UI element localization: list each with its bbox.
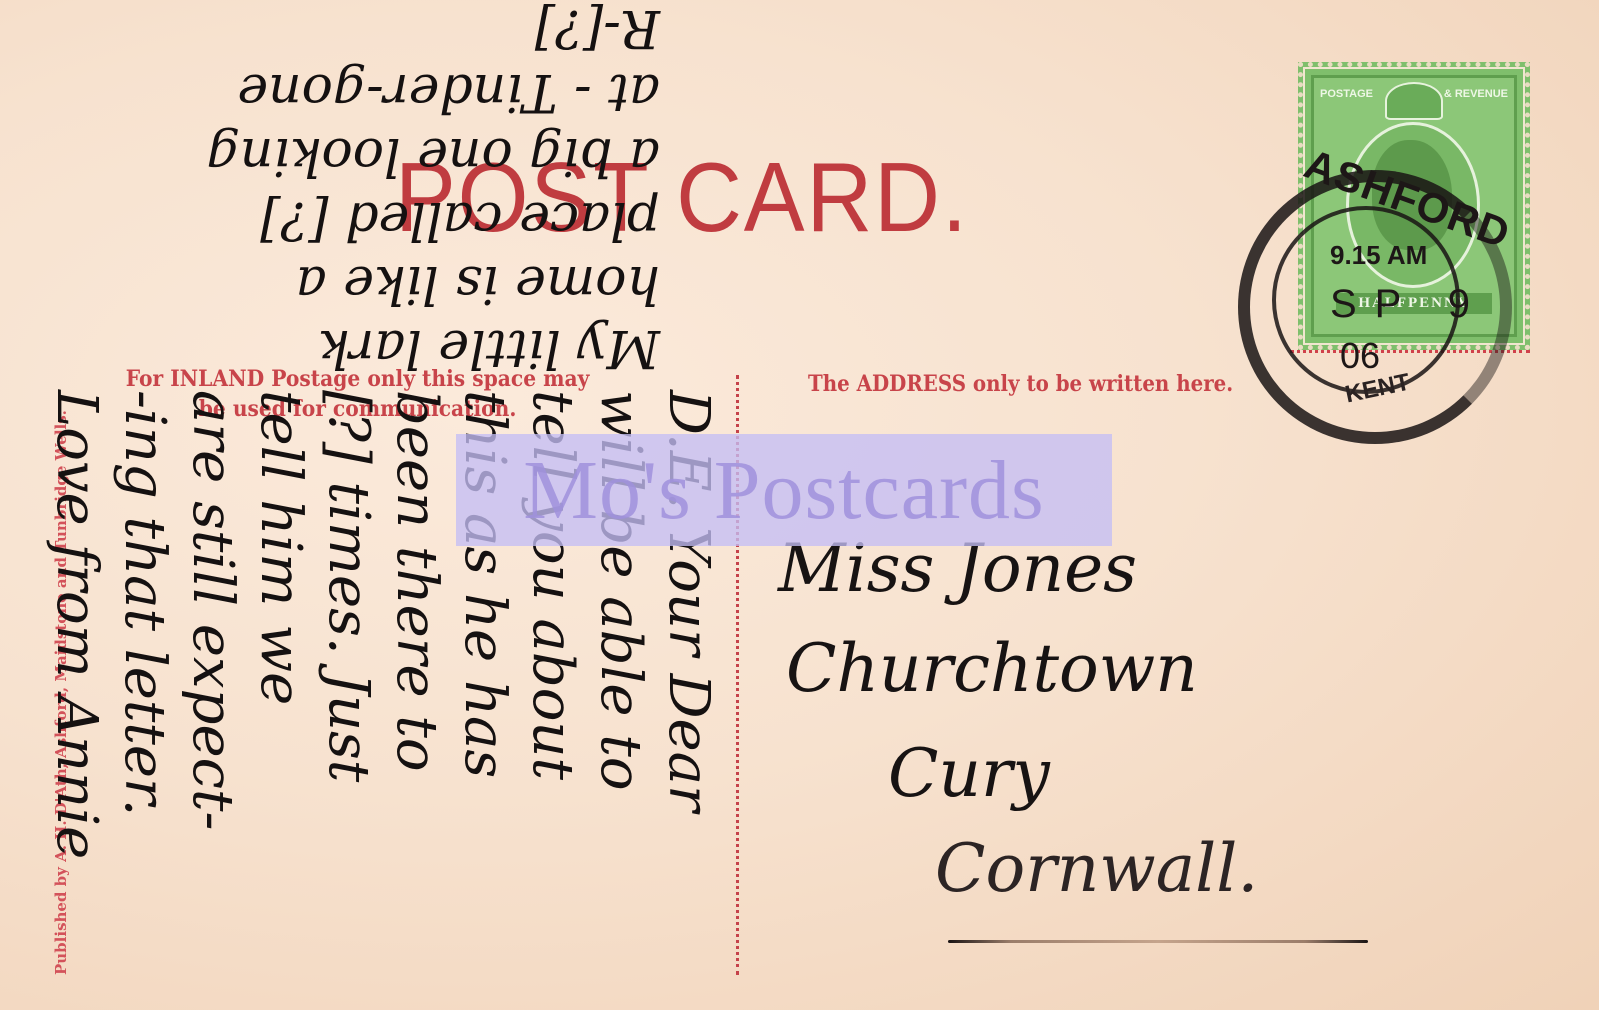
address-line-county: Cornwall.	[935, 830, 1258, 907]
message-upside-line: place called [?]	[40, 188, 660, 252]
postmark-year: 06	[1340, 335, 1380, 377]
stamp-postage-label: POSTAGE	[1320, 88, 1373, 100]
message-line: Love from Annie	[42, 390, 110, 990]
message-upside-line: a big one looking	[40, 124, 660, 188]
message-upside-down: My little lark home is like a place call…	[40, 0, 660, 380]
address-line-village: Churchtown	[786, 630, 1198, 707]
message-line: been there to	[382, 390, 450, 990]
message-line: -ing that letter.	[110, 390, 178, 990]
message-upside-line: home is like a	[40, 252, 660, 316]
postcard-back: POST CARD. For INLAND Postage only this …	[0, 0, 1599, 1010]
message-upside-line: R-[?]	[40, 0, 660, 60]
message-line: are still expect-	[178, 390, 246, 990]
address-notice: The ADDRESS only to be written here.	[808, 371, 1233, 397]
stamp-header: POSTAGE & REVENUE	[1320, 88, 1508, 100]
message-upside-line: My little lark	[40, 316, 660, 380]
message-upside-line: at - Tinder-gone	[40, 60, 660, 124]
message-line: tell him we	[246, 390, 314, 990]
watermark-banner: Mo's Postcards	[456, 434, 1112, 546]
postmark-date: SP 9	[1330, 282, 1488, 327]
stamp-revenue-label: & REVENUE	[1444, 88, 1508, 100]
message-line: [?] times. Just	[314, 390, 382, 990]
address-line-parish: Cury	[888, 735, 1050, 812]
address-underline	[948, 940, 1368, 943]
watermark-text: Mo's Postcards	[523, 442, 1045, 539]
postmark-time: 9.15 AM	[1330, 240, 1427, 271]
